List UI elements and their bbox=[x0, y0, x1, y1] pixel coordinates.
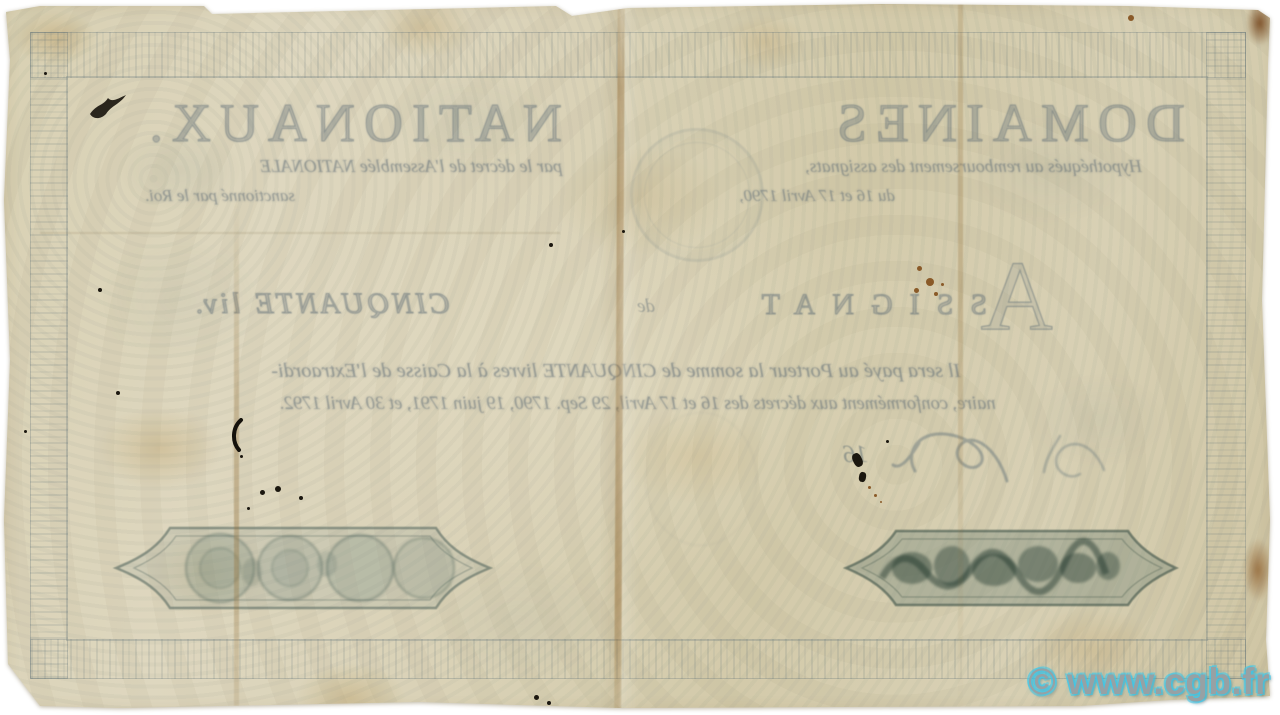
ink-speck bbox=[260, 490, 265, 495]
ink-speck bbox=[24, 430, 27, 433]
rust-dot bbox=[1128, 15, 1134, 21]
rust-freckle bbox=[914, 288, 919, 293]
ink-speck bbox=[886, 440, 889, 443]
rust-dot bbox=[874, 494, 877, 497]
ink-speck bbox=[240, 455, 243, 458]
denomination-word: SSIGNAT bbox=[745, 288, 987, 322]
legal-text-left: Hypothéqués au remboursement des assigna… bbox=[805, 156, 1142, 177]
title-nationaux: NATIONAUX. bbox=[141, 92, 562, 154]
counterfoil-flourish bbox=[1040, 428, 1110, 488]
dry-seal-stamp bbox=[630, 128, 764, 262]
ink-speck bbox=[116, 391, 120, 395]
rust-freckle bbox=[926, 278, 934, 286]
ink-blot bbox=[88, 92, 128, 126]
banknote-paper-wrap: DOMAINES NATIONAUX. Hypothéqués au rembo… bbox=[0, 0, 1280, 715]
rust-dot bbox=[880, 501, 882, 503]
ink-curve-mark bbox=[228, 418, 244, 452]
legal-text-right: par le décret de l'Assemblée NATIONALE bbox=[260, 156, 562, 177]
ink-speck bbox=[98, 288, 102, 292]
legal-sanction: sanctionné par le Roi. bbox=[145, 186, 295, 206]
ink-speck bbox=[247, 507, 250, 510]
right-cartouche bbox=[842, 516, 1180, 620]
faint-stamp-lower bbox=[645, 412, 757, 546]
banknote-scan: DOMAINES NATIONAUX. Hypothéqués au rembo… bbox=[0, 0, 1280, 715]
brown-blotch-top-right bbox=[1246, 0, 1274, 46]
left-cartouche bbox=[112, 512, 494, 624]
ink-speck bbox=[547, 701, 551, 705]
right-fold-crease bbox=[958, 0, 963, 715]
rust-freckle bbox=[941, 283, 944, 286]
rust-dot bbox=[868, 486, 871, 489]
ink-speck bbox=[275, 486, 281, 492]
brown-blotch-right-edge bbox=[1243, 538, 1273, 602]
left-fold-crease bbox=[234, 0, 239, 715]
rust-freckle bbox=[934, 292, 938, 296]
title-domaines: DOMAINES bbox=[828, 92, 1185, 154]
rust-freckle bbox=[917, 266, 922, 271]
ink-speck bbox=[299, 496, 303, 500]
horizontal-crease bbox=[40, 232, 560, 234]
denomination-dropcap-A: A bbox=[981, 246, 1053, 346]
cgb-watermark: © www.cgb.fr bbox=[1028, 661, 1270, 703]
signature-flourish bbox=[890, 415, 1015, 505]
denomination-value: CINQUANTE liv. bbox=[192, 287, 450, 321]
ink-speck bbox=[549, 243, 553, 247]
ink-speck bbox=[622, 230, 625, 233]
banknote-paper: DOMAINES NATIONAUX. Hypothéqués au rembo… bbox=[0, 0, 1280, 715]
ink-speck bbox=[44, 72, 47, 75]
ink-speck bbox=[534, 695, 539, 700]
